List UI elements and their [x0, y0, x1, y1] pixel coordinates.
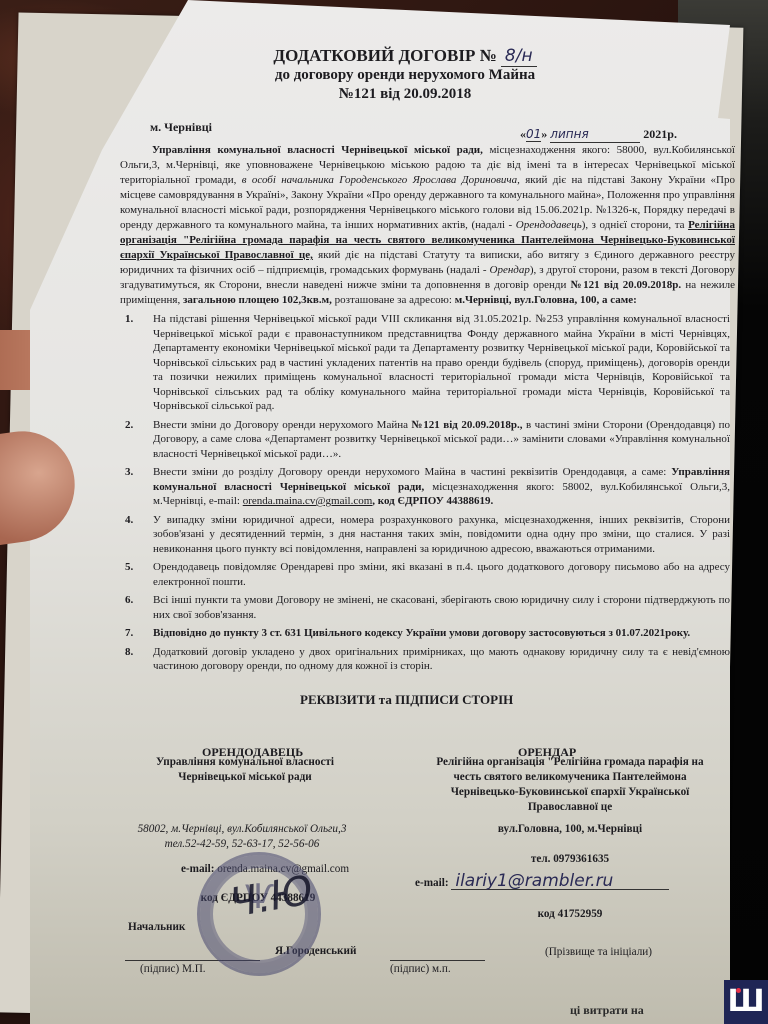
handwritten-day: 01 — [526, 127, 541, 142]
document-title-block: ДОДАТКОВИЙ ДОГОВІР № 8/н до договору оре… — [260, 46, 550, 104]
lessee-email: e-mail: ilariy1@rambler.ru — [415, 874, 705, 891]
handwritten-month: липня — [550, 127, 640, 143]
document-content: ДОДАТКОВИЙ ДОГОВІР № 8/н до договору оре… — [0, 0, 768, 1024]
intro-paragraph: Управління комунальної власності Черніве… — [120, 143, 735, 308]
lessor-details: Управління комунальної власності Черніве… — [120, 755, 370, 785]
clause-item: 8. Додатковий договір укладено у двох ор… — [125, 645, 730, 674]
lessor-sign-caption: (підпис) М.П. — [140, 962, 206, 977]
shotam-logo-icon: Ш — [724, 980, 768, 1024]
lessee-sign-caption: (підпис) м.п. — [390, 962, 451, 977]
city-label: м. Чернівці — [150, 120, 212, 135]
signatures-section-title: РЕКВІЗИТИ та ПІДПИСИ СТОРІН — [300, 692, 513, 707]
lessor-position: Начальник — [128, 920, 185, 935]
clause-item: 7. Відповідно до пункту 3 ст. 631 Цивіль… — [125, 626, 730, 641]
document-subtitle: до договору оренди нерухомого Майна — [260, 66, 550, 85]
logo-accent-dot — [736, 988, 741, 993]
contract-clauses-list: 1. На підставі рішення Чернівецької місь… — [125, 312, 730, 678]
lessee-address: вул.Головна, 100, м.Чернівці — [400, 822, 740, 837]
clause-item: 5. Орендодавець повідомляє Орендареві пр… — [125, 560, 730, 589]
clause-item: 1. На підставі рішення Чернівецької місь… — [125, 312, 730, 414]
handwritten-signature: Ч.Ю — [229, 883, 314, 912]
handwritten-email: ilariy1@rambler.ru — [451, 874, 669, 890]
date-year: 2021р. — [643, 127, 677, 141]
contract-date: «01» липня 2021р. — [520, 127, 677, 143]
clause-item: 3. Внести зміни до розділу Договору орен… — [125, 465, 730, 509]
clause-item: 2. Внести зміни до Договору оренди нерух… — [125, 418, 730, 462]
lessee-details: Релігійна організація "Релігійна громада… — [400, 755, 740, 815]
document-subtitle-number: №121 від 20.09.2018 — [260, 85, 550, 104]
next-page-fragment: ці витрати на — [570, 1003, 644, 1018]
lessor-email-link[interactable]: orenda.maina.cv@gmail.com — [243, 495, 373, 507]
handwritten-contract-number: 8/н — [501, 46, 537, 67]
clause-item: 4. У випадку зміни юридичної адреси, ном… — [125, 513, 730, 557]
lessee-code: код 41752959 — [400, 907, 740, 922]
clause-item: 6. Всі інші пункти та умови Договору не … — [125, 593, 730, 622]
document-title: ДОДАТКОВИЙ ДОГОВІР № 8/н — [260, 46, 550, 66]
lessee-name-caption: (Прізвище та ініціали) — [545, 945, 652, 960]
lessor-address: 58002, м.Чернівці, вул.Кобилянської Ольг… — [112, 822, 372, 852]
lessee-phone: тел. 0979361635 — [400, 852, 740, 867]
lessee-signature-line — [390, 960, 485, 961]
